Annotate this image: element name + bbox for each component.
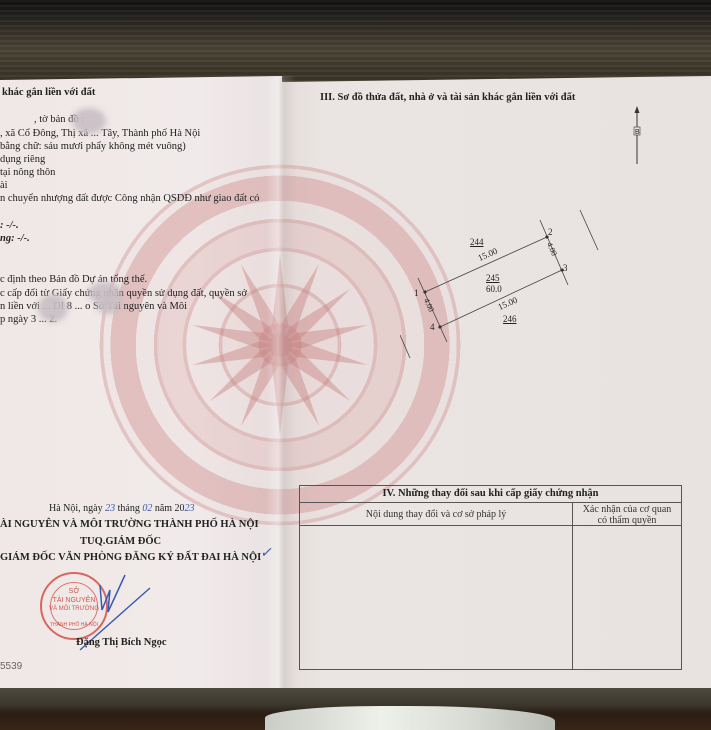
area-in-words-line: bằng chữ: sáu mươi phẩy không mét vuông): [0, 140, 186, 153]
year-label: năm 20: [155, 503, 185, 514]
month-label: tháng: [118, 503, 140, 514]
serial-number: 5539: [0, 660, 22, 673]
issuing-authority: ÀI NGUYÊN VÀ MÔI TRƯỜNG THÀNH PHỐ HÀ NỘI: [0, 518, 259, 531]
date-year: 23: [185, 503, 195, 514]
handwritten-mark: ✓: [260, 547, 272, 560]
col-header-confirm-2: có thẩm quyền: [573, 515, 681, 526]
point-4: 4: [430, 321, 435, 334]
house-line: : -/-.: [0, 219, 19, 232]
term-line: ài: [0, 179, 8, 192]
redaction-blur: [96, 296, 122, 314]
book-gutter: [266, 76, 296, 688]
col-header-confirm-1: Xác nhận của cơ quan: [573, 504, 681, 515]
col-header-content: Nội dung thay đổi và cơ sở pháp lý: [300, 509, 572, 520]
left-section-header: khác gắn liền với đất: [2, 86, 95, 99]
date-month: 02: [142, 503, 152, 514]
section-iv-changes-table: IV. Những thay đổi sau khi cấp giấy chứn…: [299, 485, 682, 670]
point-2: 2: [548, 226, 553, 239]
use-form-line: dụng riêng: [0, 153, 45, 166]
note-line-3: n liền với ... DI 8 ... o Sở Tài nguyên …: [0, 300, 187, 313]
parcel-area: 60.0: [486, 283, 502, 296]
note-line-2: c cấp đổi từ Giấy chứng nhận quyền sử dụ…: [0, 287, 247, 300]
redaction-blur: [72, 108, 106, 134]
cloth-object: [265, 706, 555, 730]
note-line-1: c định theo Bản đồ Dự án tổng thể.: [0, 273, 147, 286]
signer-title-1: TUQ.GIÁM ĐỐC: [80, 535, 161, 548]
construction-line: ng: -/-.: [0, 232, 30, 245]
date-prefix: Hà Nội, ngày: [49, 503, 103, 514]
issue-date-line: Hà Nội, ngày 23 tháng 02 năm 2023: [49, 502, 195, 515]
section-iv-title: IV. Những thay đổi sau khi cấp giấy chứn…: [300, 486, 681, 503]
signer-name: Đặng Thị Bích Ngọc: [76, 636, 167, 649]
official-red-stamp: SỞ TÀI NGUYÊN VÀ MÔI TRƯỜNG THÀNH PHỐ HÀ…: [40, 572, 108, 640]
point-1: 1: [414, 287, 419, 300]
neighbor-parcel-north: 244: [470, 236, 484, 249]
land-type-line: tại nông thôn: [0, 166, 55, 179]
authority-confirmation-column: Xác nhận của cơ quan có thẩm quyền: [573, 503, 681, 669]
redaction-blur: [38, 294, 68, 322]
date-day: 23: [105, 503, 115, 514]
point-3: 3: [563, 262, 568, 275]
origin-line: n chuyển nhượng đất được Công nhận QSDĐ …: [0, 192, 259, 205]
north-label: B: [635, 126, 640, 139]
neighbor-parcel-south: 246: [503, 313, 517, 326]
section-iii-title: III. Sơ đồ thửa đất, nhà ở và tài sản kh…: [320, 91, 575, 104]
wooden-table-top: [0, 0, 711, 90]
changes-content-column: Nội dung thay đổi và cơ sở pháp lý: [300, 503, 573, 669]
signer-title-2: GIÁM ĐỐC VĂN PHÒNG ĐĂNG KÝ ĐẤT ĐAI HÀ NỘ…: [0, 551, 261, 564]
